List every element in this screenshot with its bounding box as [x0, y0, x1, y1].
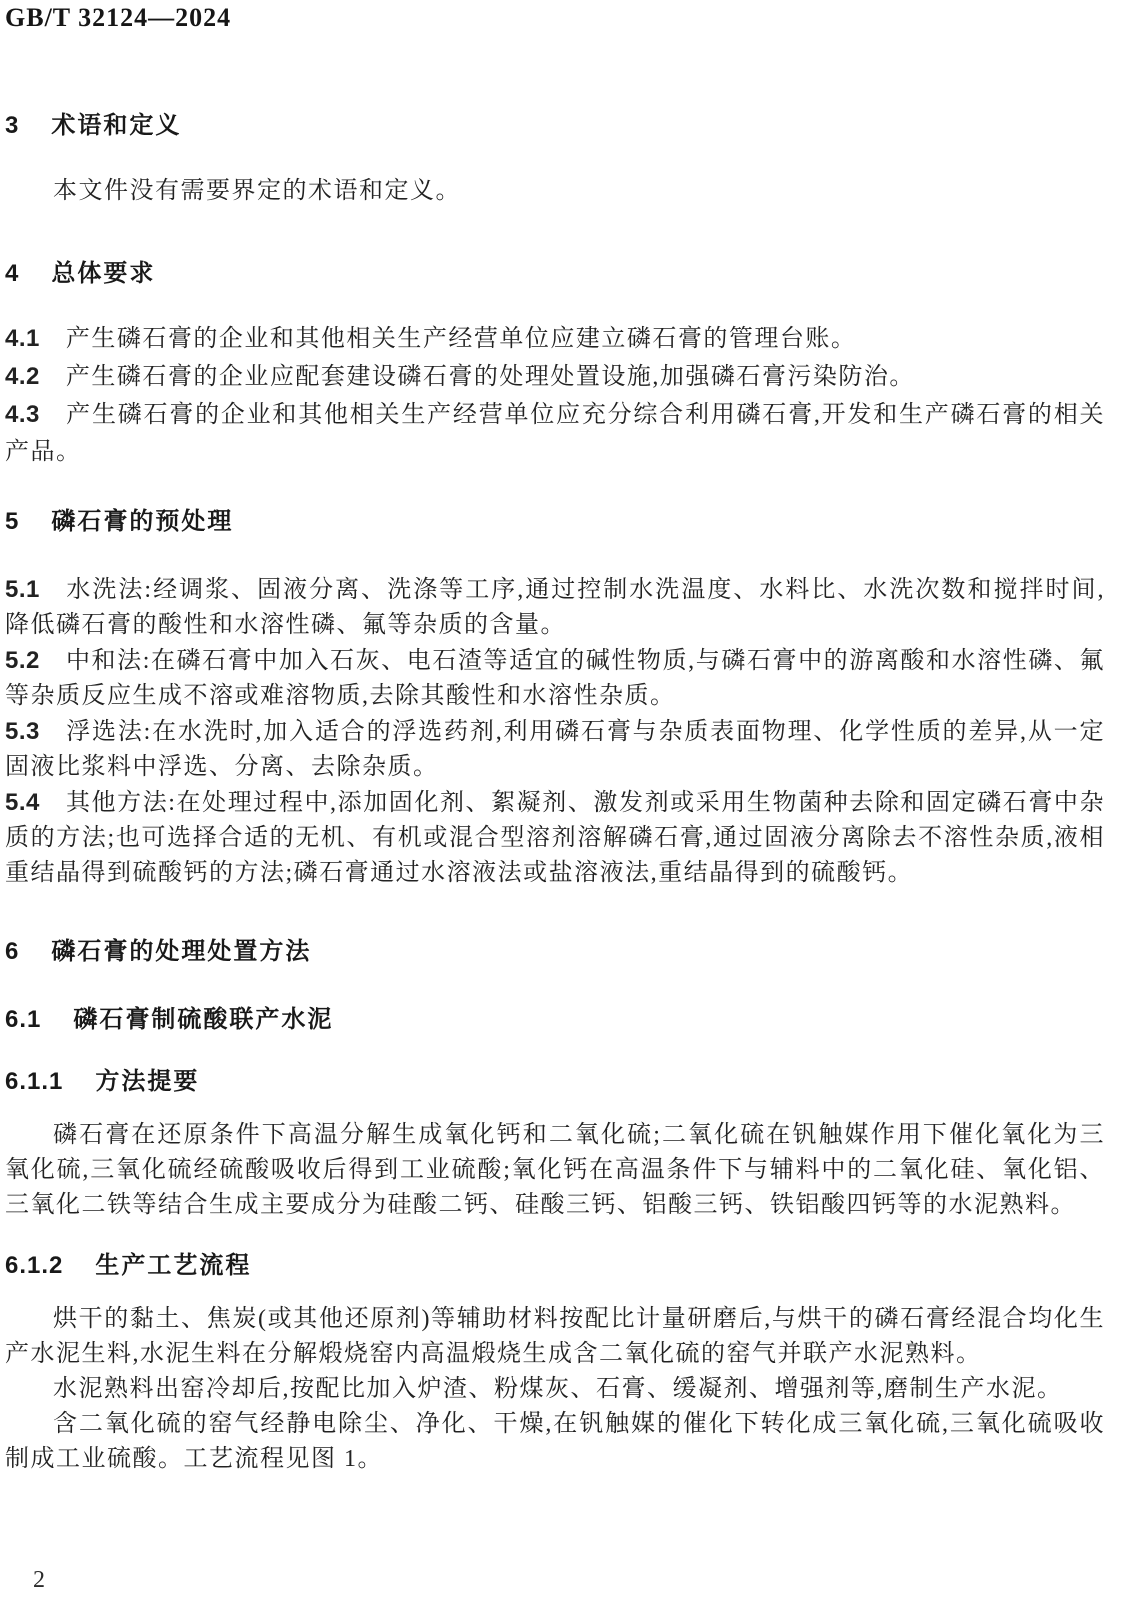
clause-5-3-number: 5.3 [5, 714, 40, 749]
clause-4-2: 4.2产生磷石膏的企业应配套建设磷石膏的处理处置设施,加强磷石膏污染防治。 [5, 358, 1105, 396]
clause-5-4-text: 其他方法:在处理过程中,添加固化剂、絮凝剂、激发剂或采用生物菌种去除和固定磷石膏… [5, 790, 1105, 886]
section-5-heading: 5磷石膏的预处理 [5, 501, 1105, 536]
section-6-1-2-paragraph-3: 含二氧化硫的窑气经静电除尘、净化、干燥,在钒触媒的催化下转化成三氧化硫,三氧化硫… [5, 1407, 1105, 1477]
section-3-number: 3 [5, 112, 19, 140]
clause-5-1: 5.1水洗法:经调浆、固液分离、洗涤等工序,通过控制水洗温度、水料比、水洗次数和… [5, 572, 1105, 643]
section-4-title: 总体要求 [51, 260, 155, 287]
section-6-1-1-heading: 6.1.1方法提要 [5, 1061, 1105, 1096]
section-6-1-1-paragraph: 磷石膏在还原条件下高温分解生成氧化钙和二氧化硫;二氧化硫在钒触媒作用下催化氧化为… [5, 1118, 1105, 1223]
section-6-1-1-title: 方法提要 [95, 1068, 199, 1095]
clause-4-1: 4.1产生磷石膏的企业和其他相关生产经营单位应建立磷石膏的管理台账。 [5, 320, 1105, 358]
section-5-number: 5 [5, 508, 19, 536]
clause-4-3: 4.3产生磷石膏的企业和其他相关生产经营单位应充分综合利用磷石膏,开发和生产磷石… [5, 396, 1105, 471]
document-code-header: GB/T 32124—2024 [5, 3, 1105, 33]
clause-5-4: 5.4其他方法:在处理过程中,添加固化剂、絮凝剂、激发剂或采用生物菌种去除和固定… [5, 785, 1105, 891]
section-3-heading: 3术语和定义 [5, 105, 1105, 140]
section-6-heading: 6磷石膏的处理处置方法 [5, 931, 1105, 966]
clause-4-1-number: 4.1 [5, 320, 40, 357]
section-6-1-2-paragraph-2: 水泥熟料出窑冷却后,按配比加入炉渣、粉煤灰、石膏、缓凝剂、增强剂等,磨制生产水泥… [5, 1372, 1105, 1407]
clause-4-3-number: 4.3 [5, 396, 40, 433]
clause-5-2-number: 5.2 [5, 643, 40, 678]
section-6-1-title: 磷石膏制硫酸联产水泥 [73, 1006, 333, 1033]
section-4-number: 4 [5, 260, 19, 288]
section-5-clauses: 5.1水洗法:经调浆、固液分离、洗涤等工序,通过控制水洗温度、水料比、水洗次数和… [5, 572, 1105, 891]
clause-5-3-text: 浮选法:在水洗时,加入适合的浮选药剂,利用磷石膏与杂质表面物理、化学性质的差异,… [5, 719, 1105, 780]
section-6-1-2-paragraph-1: 烘干的黏土、焦炭(或其他还原剂)等辅助材料按配比计量研磨后,与烘干的磷石膏经混合… [5, 1302, 1105, 1372]
section-6-1-number: 6.1 [5, 1006, 41, 1034]
clause-5-2-text: 中和法:在磷石膏中加入石灰、电石渣等适宜的碱性物质,与磷石膏中的游离酸和水溶性磷… [5, 648, 1105, 709]
section-5-title: 磷石膏的预处理 [51, 508, 233, 535]
section-6-1-2-number: 6.1.2 [5, 1252, 63, 1280]
clause-4-1-text: 产生磷石膏的企业和其他相关生产经营单位应建立磷石膏的管理台账。 [66, 326, 857, 352]
clause-5-3: 5.3浮选法:在水洗时,加入适合的浮选药剂,利用磷石膏与杂质表面物理、化学性质的… [5, 714, 1105, 785]
clause-4-2-text: 产生磷石膏的企业应配套建设磷石膏的处理处置设施,加强磷石膏污染防治。 [66, 364, 915, 390]
document-page: GB/T 32124—2024 3术语和定义 本文件没有需要界定的术语和定义。 … [0, 0, 1131, 1600]
section-4-heading: 4总体要求 [5, 253, 1105, 288]
section-6-1-heading: 6.1磷石膏制硫酸联产水泥 [5, 999, 1105, 1034]
section-6-1-2-paragraphs: 烘干的黏土、焦炭(或其他还原剂)等辅助材料按配比计量研磨后,与烘干的磷石膏经混合… [5, 1302, 1105, 1477]
section-6-1-2-heading: 6.1.2生产工艺流程 [5, 1245, 1105, 1280]
section-3-title: 术语和定义 [51, 112, 181, 139]
section-6-1-1-number: 6.1.1 [5, 1068, 63, 1096]
clause-4-3-text: 产生磷石膏的企业和其他相关生产经营单位应充分综合利用磷石膏,开发和生产磷石膏的相… [5, 402, 1105, 465]
clause-5-1-number: 5.1 [5, 572, 40, 607]
section-6-1-2-title: 生产工艺流程 [95, 1252, 251, 1279]
clause-4-2-number: 4.2 [5, 358, 40, 395]
clause-5-4-number: 5.4 [5, 785, 40, 820]
section-6-title: 磷石膏的处理处置方法 [51, 938, 311, 965]
section-3-paragraph: 本文件没有需要界定的术语和定义。 [5, 174, 1105, 209]
clause-5-1-text: 水洗法:经调浆、固液分离、洗涤等工序,通过控制水洗温度、水料比、水洗次数和搅拌时… [5, 577, 1105, 638]
section-6-number: 6 [5, 938, 19, 966]
page-number: 2 [33, 1567, 45, 1594]
section-4-clauses: 4.1产生磷石膏的企业和其他相关生产经营单位应建立磷石膏的管理台账。 4.2产生… [5, 320, 1105, 471]
clause-5-2: 5.2中和法:在磷石膏中加入石灰、电石渣等适宜的碱性物质,与磷石膏中的游离酸和水… [5, 643, 1105, 714]
